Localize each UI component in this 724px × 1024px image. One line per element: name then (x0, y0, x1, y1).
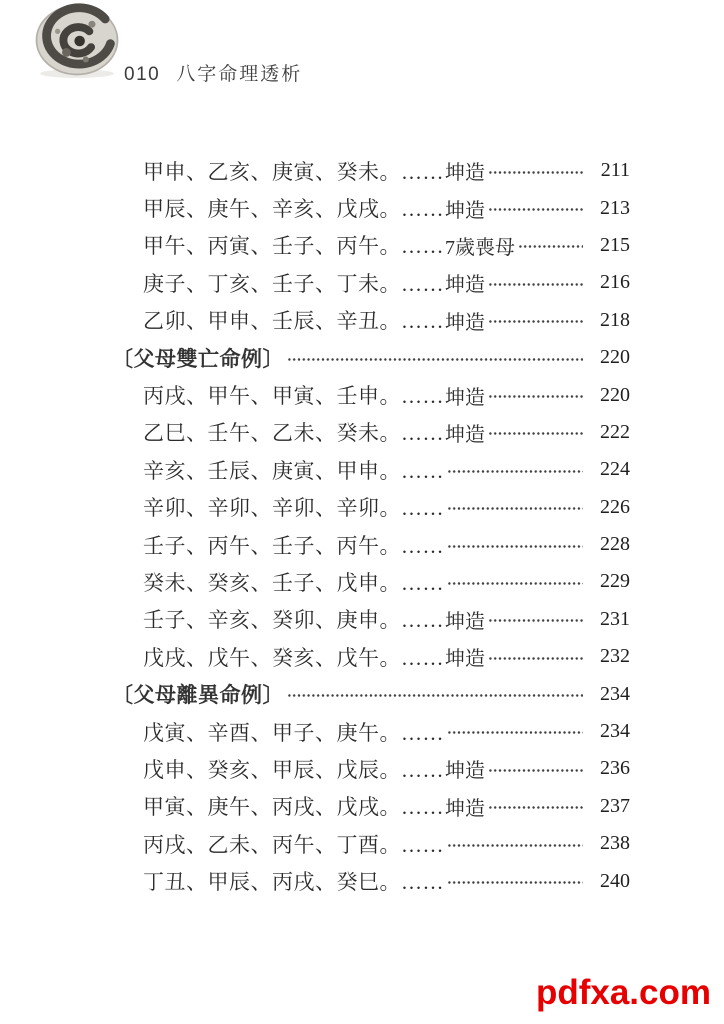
toc-entry-text: 甲辰、庚午、辛亥、戊戌。…… (143, 193, 444, 223)
toc-entry-row: 甲午、丙寅、壬子、丙午。……7歲喪母215 (112, 227, 630, 264)
toc-entry-row: 乙卯、甲申、壬辰、辛丑。……坤造218 (112, 302, 630, 339)
toc-entry-row: 辛卯、辛卯、辛卯、辛卯。……226 (112, 489, 630, 526)
dot-leader (447, 526, 583, 563)
toc-entry-text: 甲申、乙亥、庚寅、癸未。…… (143, 156, 444, 186)
toc-page-number: 220 (588, 384, 630, 407)
toc-entry-text: 丙戌、甲午、甲寅、壬申。…… (143, 380, 444, 410)
dot-leader (488, 638, 583, 675)
toc-page-number: 231 (588, 608, 630, 631)
toc-entry-row: 丁丑、甲辰、丙戌、癸巳。……240 (112, 862, 630, 899)
dot-leader (488, 750, 583, 787)
toc-page-number: 220 (588, 346, 630, 369)
toc-entry-text: 戊寅、辛酉、甲子、庚午。…… (143, 717, 444, 747)
dot-leader (447, 563, 583, 600)
toc-section-row: 〔父母離異命例〕234 (112, 675, 630, 712)
toc-page-number: 222 (588, 421, 630, 444)
toc-page-number: 240 (588, 870, 630, 893)
toc-entry-note: 坤造 (445, 418, 485, 447)
toc-entry-row: 乙巳、壬午、乙未、癸未。……坤造222 (112, 414, 630, 451)
header-page-number: 010 (124, 64, 160, 86)
dot-leader (488, 788, 583, 825)
dot-leader (488, 376, 583, 413)
toc-entry-note: 坤造 (445, 642, 485, 671)
book-title: 八字命理透析 (176, 59, 302, 86)
dot-leader (287, 675, 583, 712)
toc-page-number: 236 (588, 757, 630, 780)
dot-leader (488, 302, 583, 339)
dot-leader (447, 713, 583, 750)
toc-entry-row: 戊申、癸亥、甲辰、戊辰。……坤造236 (112, 750, 630, 787)
toc-entry-note: 坤造 (445, 754, 485, 783)
toc-entry-text: 戊戌、戊午、癸亥、戊午。…… (143, 642, 444, 672)
dot-leader (488, 414, 583, 451)
scanned-book-page: 010 八字命理透析 甲申、乙亥、庚寅、癸未。……坤造211甲辰、庚午、辛亥、戊… (0, 0, 724, 1024)
toc-page-number: 228 (588, 533, 630, 556)
toc-entry-row: 丙戌、乙未、丙午、丁酉。……238 (112, 825, 630, 862)
toc-page-number: 224 (588, 458, 630, 481)
dot-leader (447, 451, 583, 488)
page-header: 010 八字命理透析 (124, 59, 302, 86)
toc-entry-text: 丙戌、乙未、丙午、丁酉。…… (143, 829, 444, 859)
toc-entry-text: 壬子、辛亥、癸卯、庚申。…… (143, 604, 444, 634)
toc-page-number: 211 (588, 159, 630, 182)
toc-entry-text: 戊申、癸亥、甲辰、戊辰。…… (143, 754, 444, 784)
toc-section-title: 〔父母離異命例〕 (112, 679, 284, 709)
toc-entry-row: 癸未、癸亥、壬子、戊申。……229 (112, 563, 630, 600)
toc-entry-row: 甲辰、庚午、辛亥、戊戌。……坤造213 (112, 189, 630, 226)
toc-entry-text: 癸未、癸亥、壬子、戊申。…… (143, 567, 444, 597)
toc-entry-row: 辛亥、壬辰、庚寅、甲申。……224 (112, 451, 630, 488)
toc-page-number: 237 (588, 795, 630, 818)
dot-leader (518, 227, 583, 264)
toc-entry-text: 辛卯、辛卯、辛卯、辛卯。…… (143, 492, 444, 522)
toc-entry-note: 坤造 (445, 306, 485, 335)
toc-entry-row: 戊寅、辛酉、甲子、庚午。……234 (112, 713, 630, 750)
toc-entry-row: 甲寅、庚午、丙戌、戊戌。……坤造237 (112, 788, 630, 825)
toc-entry-note: 坤造 (445, 605, 485, 634)
toc-page-number: 234 (588, 683, 630, 706)
toc-entry-row: 庚子、丁亥、壬子、丁未。……坤造216 (112, 264, 630, 301)
toc-entry-text: 甲午、丙寅、壬子、丙午。…… (143, 230, 444, 260)
toc-entry-text: 庚子、丁亥、壬子、丁未。…… (143, 268, 444, 298)
toc-entry-note: 坤造 (445, 268, 485, 297)
dot-leader (488, 601, 583, 638)
toc-entry-row: 丙戌、甲午、甲寅、壬申。……坤造220 (112, 376, 630, 413)
toc-page-number: 218 (588, 309, 630, 332)
toc-page-number: 232 (588, 645, 630, 668)
toc-page-number: 216 (588, 271, 630, 294)
toc-entry-note: 坤造 (445, 381, 485, 410)
toc-section-title: 〔父母雙亡命例〕 (112, 343, 284, 373)
toc-section-row: 〔父母雙亡命例〕220 (112, 339, 630, 376)
dot-leader (447, 862, 583, 899)
toc-page-number: 238 (588, 832, 630, 855)
toc-entry-note: 7歲喪母 (445, 231, 515, 260)
toc-page-number: 213 (588, 197, 630, 220)
toc-entry-text: 丁丑、甲辰、丙戌、癸巳。…… (143, 866, 444, 896)
toc-list: 甲申、乙亥、庚寅、癸未。……坤造211甲辰、庚午、辛亥、戊戌。……坤造213甲午… (112, 152, 630, 900)
watermark: pdfxa.com (536, 973, 711, 1013)
toc-entry-note: 坤造 (445, 194, 485, 223)
dot-leader (447, 825, 583, 862)
toc-entry-row: 壬子、丙午、壬子、丙午。……228 (112, 526, 630, 563)
toc-entry-text: 甲寅、庚午、丙戌、戊戌。…… (143, 791, 444, 821)
toc-entry-note: 坤造 (445, 792, 485, 821)
toc-page-number: 215 (588, 234, 630, 257)
dot-leader (287, 339, 583, 376)
dot-leader (488, 264, 583, 301)
dot-leader (488, 152, 583, 189)
toc-entry-text: 乙巳、壬午、乙未、癸未。…… (143, 417, 444, 447)
dot-leader (447, 489, 583, 526)
toc-entry-text: 壬子、丙午、壬子、丙午。…… (143, 530, 444, 560)
dot-leader (488, 189, 583, 226)
toc-page-number: 234 (588, 720, 630, 743)
toc-page-number: 229 (588, 570, 630, 593)
toc-entry-row: 甲申、乙亥、庚寅、癸未。……坤造211 (112, 152, 630, 189)
toc-entry-note: 坤造 (445, 156, 485, 185)
spiral-seal-logo-icon (33, 3, 121, 79)
toc-page-number: 226 (588, 496, 630, 519)
toc-entry-row: 壬子、辛亥、癸卯、庚申。……坤造231 (112, 601, 630, 638)
toc-entry-text: 辛亥、壬辰、庚寅、甲申。…… (143, 455, 444, 485)
toc-entry-row: 戊戌、戊午、癸亥、戊午。……坤造232 (112, 638, 630, 675)
toc-entry-text: 乙卯、甲申、壬辰、辛丑。…… (143, 305, 444, 335)
